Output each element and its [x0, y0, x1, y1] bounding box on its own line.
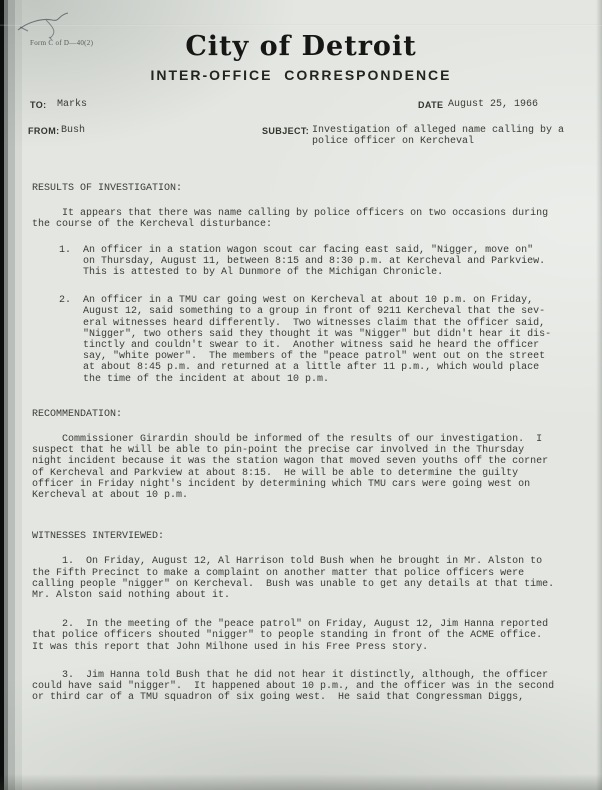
witnesses-heading: WITNESSES INTERVIEWED:: [32, 531, 580, 542]
subject-value: Investigation of alleged name calling by…: [312, 125, 592, 147]
from-value: Bush: [61, 125, 85, 136]
paper-crease: [0, 24, 602, 26]
memo-body: RESULTS OF INVESTIGATION: It appears tha…: [32, 183, 580, 704]
scanned-memo-page: Form C of D—40(2) City of Detroit INTER-…: [0, 0, 602, 790]
recommendation-heading: RECOMMENDATION:: [32, 409, 580, 420]
from-label: FROM:: [28, 126, 60, 136]
results-intro-paragraph: It appears that there was name calling b…: [32, 208, 580, 230]
to-label: TO:: [30, 100, 47, 110]
scan-right-shadow: [596, 0, 602, 790]
scan-bottom-shadow: [0, 774, 602, 790]
letterhead-subtitle: INTER-OFFICE CORRESPONDENCE: [0, 67, 602, 83]
results-item-2: 2. An officer in a TMU car going west on…: [59, 295, 580, 385]
results-item-1: 1. An officer in a station wagon scout c…: [59, 245, 580, 279]
results-heading: RESULTS OF INVESTIGATION:: [32, 183, 580, 194]
date-label: DATE: [418, 100, 443, 110]
letterhead-title: City of Detroit: [0, 31, 602, 62]
subject-label: SUBJECT:: [262, 126, 309, 136]
scan-left-edge: [0, 0, 28, 790]
witness-item-3: 3. Jim Hanna told Bush that he did not h…: [32, 670, 580, 704]
to-value: Marks: [57, 99, 87, 110]
date-value: August 25, 1966: [448, 99, 538, 110]
witness-item-2: 2. In the meeting of the "peace patrol" …: [32, 619, 580, 653]
witness-item-1: 1. On Friday, August 12, Al Harrison tol…: [32, 556, 580, 601]
recommendation-paragraph: Commissioner Girardin should be informed…: [32, 434, 580, 501]
